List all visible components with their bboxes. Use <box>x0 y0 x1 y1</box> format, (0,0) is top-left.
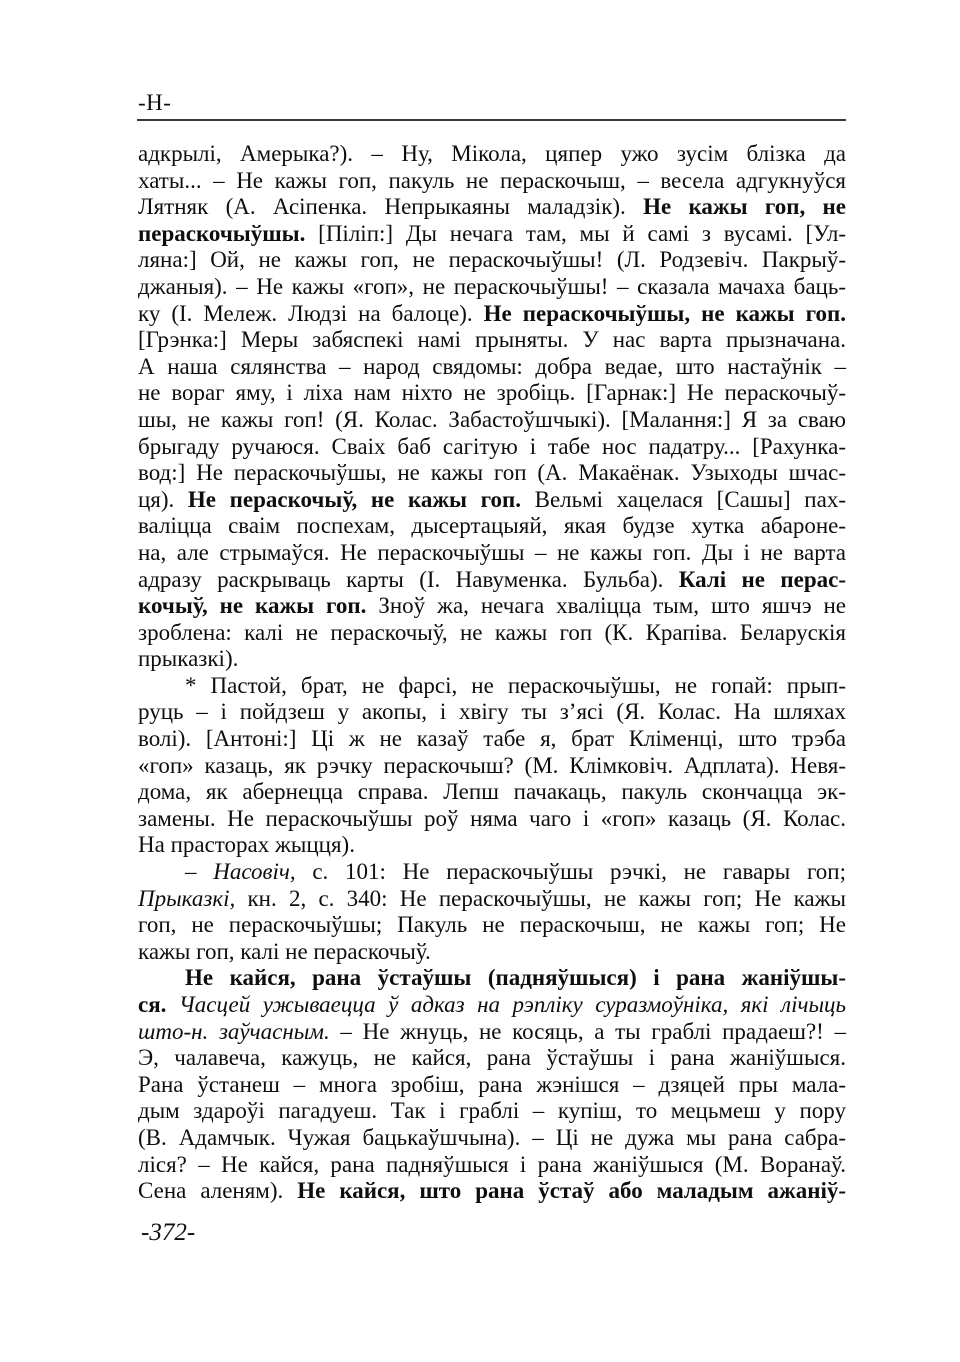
text-segment: брыгаду ручаюся. Сваіх баб сагітую і таб… <box>138 434 846 459</box>
text-line: руць – і пойдзеш у акопы, і хвігу ты з’я… <box>138 699 846 726</box>
text-line: – Насовіч, с. 101: Не пераскочыўшы рэчкі… <box>138 859 846 886</box>
text-line: адкрылі, Амерыка?). – Ну, Мікола, цяпер … <box>138 141 846 168</box>
text-line: кочыў, не кажы гоп. Зноў жа, нечага хвал… <box>138 593 846 620</box>
text-segment: Не пераскочыў, не кажы гоп. <box>188 487 521 512</box>
text-segment: – <box>185 859 213 884</box>
text-line: брыгаду ручаюся. Сваіх баб сагітую і таб… <box>138 434 846 461</box>
text-line: [Грэнка:] Меры забяспекі намі прыняты. У… <box>138 327 846 354</box>
text-segment: Не кайся, што рана ўстаў або маладым ажа… <box>297 1178 846 1203</box>
text-segment: (В. Адамчык. Чужая бацькаўшчына). – Ці н… <box>138 1125 846 1150</box>
text-segment: ся. <box>138 992 166 1017</box>
text-line: хаты... – Не кажы гоп, пакуль не пераско… <box>138 168 846 195</box>
text-segment: адкрылі, Амерыка?). – Ну, Мікола, цяпер … <box>138 141 846 166</box>
text-segment: хаты... – Не кажы гоп, пакуль не пераско… <box>138 168 846 193</box>
text-segment: Рана ўстанеш – многа зробіш, рана жэнішс… <box>138 1072 846 1097</box>
text-segment: кочыў, не кажы гоп. <box>138 593 366 618</box>
text-segment: не вораг яму, і ліха нам ніхто не зробіц… <box>138 380 846 405</box>
text-segment: Часцей ужываецца ў адказ на рэпліку сура… <box>166 992 846 1017</box>
text-line: ця). Не пераскочыў, не кажы гоп. Вельмі … <box>138 487 846 514</box>
text-segment: кажы гоп, калі не пераскочыў. <box>138 939 431 964</box>
text-line: (В. Адамчык. Чужая бацькаўшчына). – Ці н… <box>138 1125 846 1152</box>
page-number: -372- <box>141 1218 195 1248</box>
text-segment: руць – і пойдзеш у акопы, і хвігу ты з’я… <box>138 699 846 724</box>
text-segment: Зноў жа, нечага хваліцца тым, што яшчэ н… <box>366 593 846 618</box>
text-line: Прыказкі, кн. 2, с. 340: Не пераскочыўшы… <box>138 886 846 913</box>
text-segment: Калі не перас- <box>679 567 846 592</box>
text-segment: дым здароўі пагадуеш. Так і граблі – куп… <box>138 1098 846 1123</box>
text-line: гоп, не пераскочыўшы; Пакуль не пераскоч… <box>138 912 846 939</box>
text-line: Лятняк (А. Асіпенка. Непрыкаяны маладзік… <box>138 194 846 221</box>
text-segment: што-н. заўчасным. <box>138 1019 330 1044</box>
text-segment: Э, чалавеча, кажуць, не кайся, рана ўста… <box>138 1045 846 1070</box>
text-segment: ляна:] Ой, не кажы гоп, не пераскочыўшы!… <box>138 247 846 272</box>
text-segment: А наша сялянства – народ свядомы: добра … <box>138 354 846 379</box>
text-segment: прыказкі). <box>138 646 238 671</box>
text-line: што-н. заўчасным. – Не жнуць, не косяць,… <box>138 1019 846 1046</box>
text-segment: Вельмі хацелася [Сашы] пах- <box>521 487 846 512</box>
text-segment: [Піліп:] Ды нечага там, мы й самі з вуса… <box>305 221 846 246</box>
text-line: дома, як абернецца справа. Лепш пачакаць… <box>138 779 846 806</box>
text-line: не вораг яму, і ліха нам ніхто не зробіц… <box>138 380 846 407</box>
text-line: «гоп» казаць, як рэчку пераскочыш? (М. К… <box>138 753 846 780</box>
text-line: шы, не кажы гоп! (Я. Колас. Забастоўшчык… <box>138 407 846 434</box>
text-segment: * Пастой, брат, не фарсі, не пераскочыўш… <box>185 673 846 698</box>
text-segment: Сена аленям). <box>138 1178 297 1203</box>
text-line: А наша сялянства – народ свядомы: добра … <box>138 354 846 381</box>
text-line: валіцца сваім поспехам, дысертацыяй, яка… <box>138 513 846 540</box>
text-line: ся. Часцей ужываецца ў адказ на рэпліку … <box>138 992 846 1019</box>
running-header: -Н- <box>138 90 171 116</box>
text-segment: «гоп» казаць, як рэчку пераскочыш? (М. К… <box>138 753 846 778</box>
text-line: ку (І. Мележ. Людзі на балоце). Не перас… <box>138 301 846 328</box>
text-line: ляна:] Ой, не кажы гоп, не пераскочыўшы!… <box>138 247 846 274</box>
text-segment: волі). [Антоні:] Ці ж не казаў табе я, б… <box>138 726 846 751</box>
text-line: Э, чалавеча, кажуць, не кайся, рана ўста… <box>138 1045 846 1072</box>
text-line: Сена аленям). Не кайся, што рана ўстаў а… <box>138 1178 846 1205</box>
text-line: * Пастой, брат, не фарсі, не пераскочыўш… <box>138 673 846 700</box>
text-segment: валіцца сваім поспехам, дысертацыяй, яка… <box>138 513 846 538</box>
text-segment: ліся? – Не кайся, рана падняўшыся і рана… <box>138 1152 846 1177</box>
text-segment: На прасторах жыцця). <box>138 832 355 857</box>
dictionary-text-block: адкрылі, Амерыка?). – Ну, Мікола, цяпер … <box>138 141 846 1205</box>
text-segment: адразу раскрываць карты (І. Навуменка. Б… <box>138 567 679 592</box>
text-line: пераскочыўшы. [Піліп:] Ды нечага там, мы… <box>138 221 846 248</box>
text-segment: вод:] Не пераскочыўшы, не кажы гоп (А. М… <box>138 460 846 485</box>
text-segment: Прыказкі, <box>138 886 235 911</box>
text-line: джаныя). – Не кажы «гоп», не пераскочыўш… <box>138 274 846 301</box>
text-line: замены. Не пераскочыўшы роў няма чаго і … <box>138 806 846 833</box>
text-segment: джаныя). – Не кажы «гоп», не пераскочыўш… <box>138 274 846 299</box>
text-line: адразу раскрываць карты (І. Навуменка. Б… <box>138 567 846 594</box>
text-line: волі). [Антоні:] Ці ж не казаў табе я, б… <box>138 726 846 753</box>
text-line: Рана ўстанеш – многа зробіш, рана жэнішс… <box>138 1072 846 1099</box>
text-line: прыказкі). <box>138 646 846 673</box>
text-segment: [Грэнка:] Меры забяспекі намі прыняты. У… <box>138 327 846 352</box>
text-line: Не кайся, рана ўстаўшы (падняўшыся) і ра… <box>138 965 846 992</box>
text-line: ліся? – Не кайся, рана падняўшыся і рана… <box>138 1152 846 1179</box>
text-segment: шы, не кажы гоп! (Я. Колас. Забастоўшчык… <box>138 407 846 432</box>
text-line: вод:] Не пераскочыўшы, не кажы гоп (А. М… <box>138 460 846 487</box>
text-segment: замены. Не пераскочыўшы роў няма чаго і … <box>138 806 846 831</box>
text-line: зроблена: калі не пераскочыў, не кажы го… <box>138 620 846 647</box>
text-segment: гоп, не пераскочыўшы; Пакуль не пераскоч… <box>138 912 846 937</box>
text-segment: Лятняк (А. Асіпенка. Непрыкаяны маладзік… <box>138 194 643 219</box>
text-segment: ця). <box>138 487 188 512</box>
text-segment: кн. 2, с. 340: Не пераскочыўшы, не кажы … <box>235 886 846 911</box>
section-letter: -Н- <box>138 90 171 115</box>
text-line: на, але стрымаўся. Не пераскочыўшы – не … <box>138 540 846 567</box>
text-segment: Не кайся, рана ўстаўшы (падняўшыся) і ра… <box>185 965 846 990</box>
text-line: На прасторах жыцця). <box>138 832 846 859</box>
text-segment: Не пераскочыўшы, не кажы гоп. <box>484 301 846 326</box>
text-line: дым здароўі пагадуеш. Так і граблі – куп… <box>138 1098 846 1125</box>
book-page: -Н- адкрылі, Амерыка?). – Ну, Мікола, ця… <box>0 0 960 1362</box>
text-segment: дома, як абернецца справа. Лепш пачакаць… <box>138 779 846 804</box>
text-segment: – Не жнуць, не косяць, а ты граблі прада… <box>330 1019 846 1044</box>
text-segment: на, але стрымаўся. Не пераскочыўшы – не … <box>138 540 846 565</box>
text-segment: пераскочыўшы. <box>138 221 305 246</box>
text-segment: зроблена: калі не пераскочыў, не кажы го… <box>138 620 846 645</box>
header-rule <box>137 119 846 121</box>
text-segment: Не кажы гоп, не <box>643 194 846 219</box>
text-segment: Насовіч, <box>213 859 295 884</box>
text-line: кажы гоп, калі не пераскочыў. <box>138 939 846 966</box>
text-segment: ку (І. Мележ. Людзі на балоце). <box>138 301 484 326</box>
text-segment: с. 101: Не пераскочыўшы рэчкі, не гавары… <box>296 859 846 884</box>
